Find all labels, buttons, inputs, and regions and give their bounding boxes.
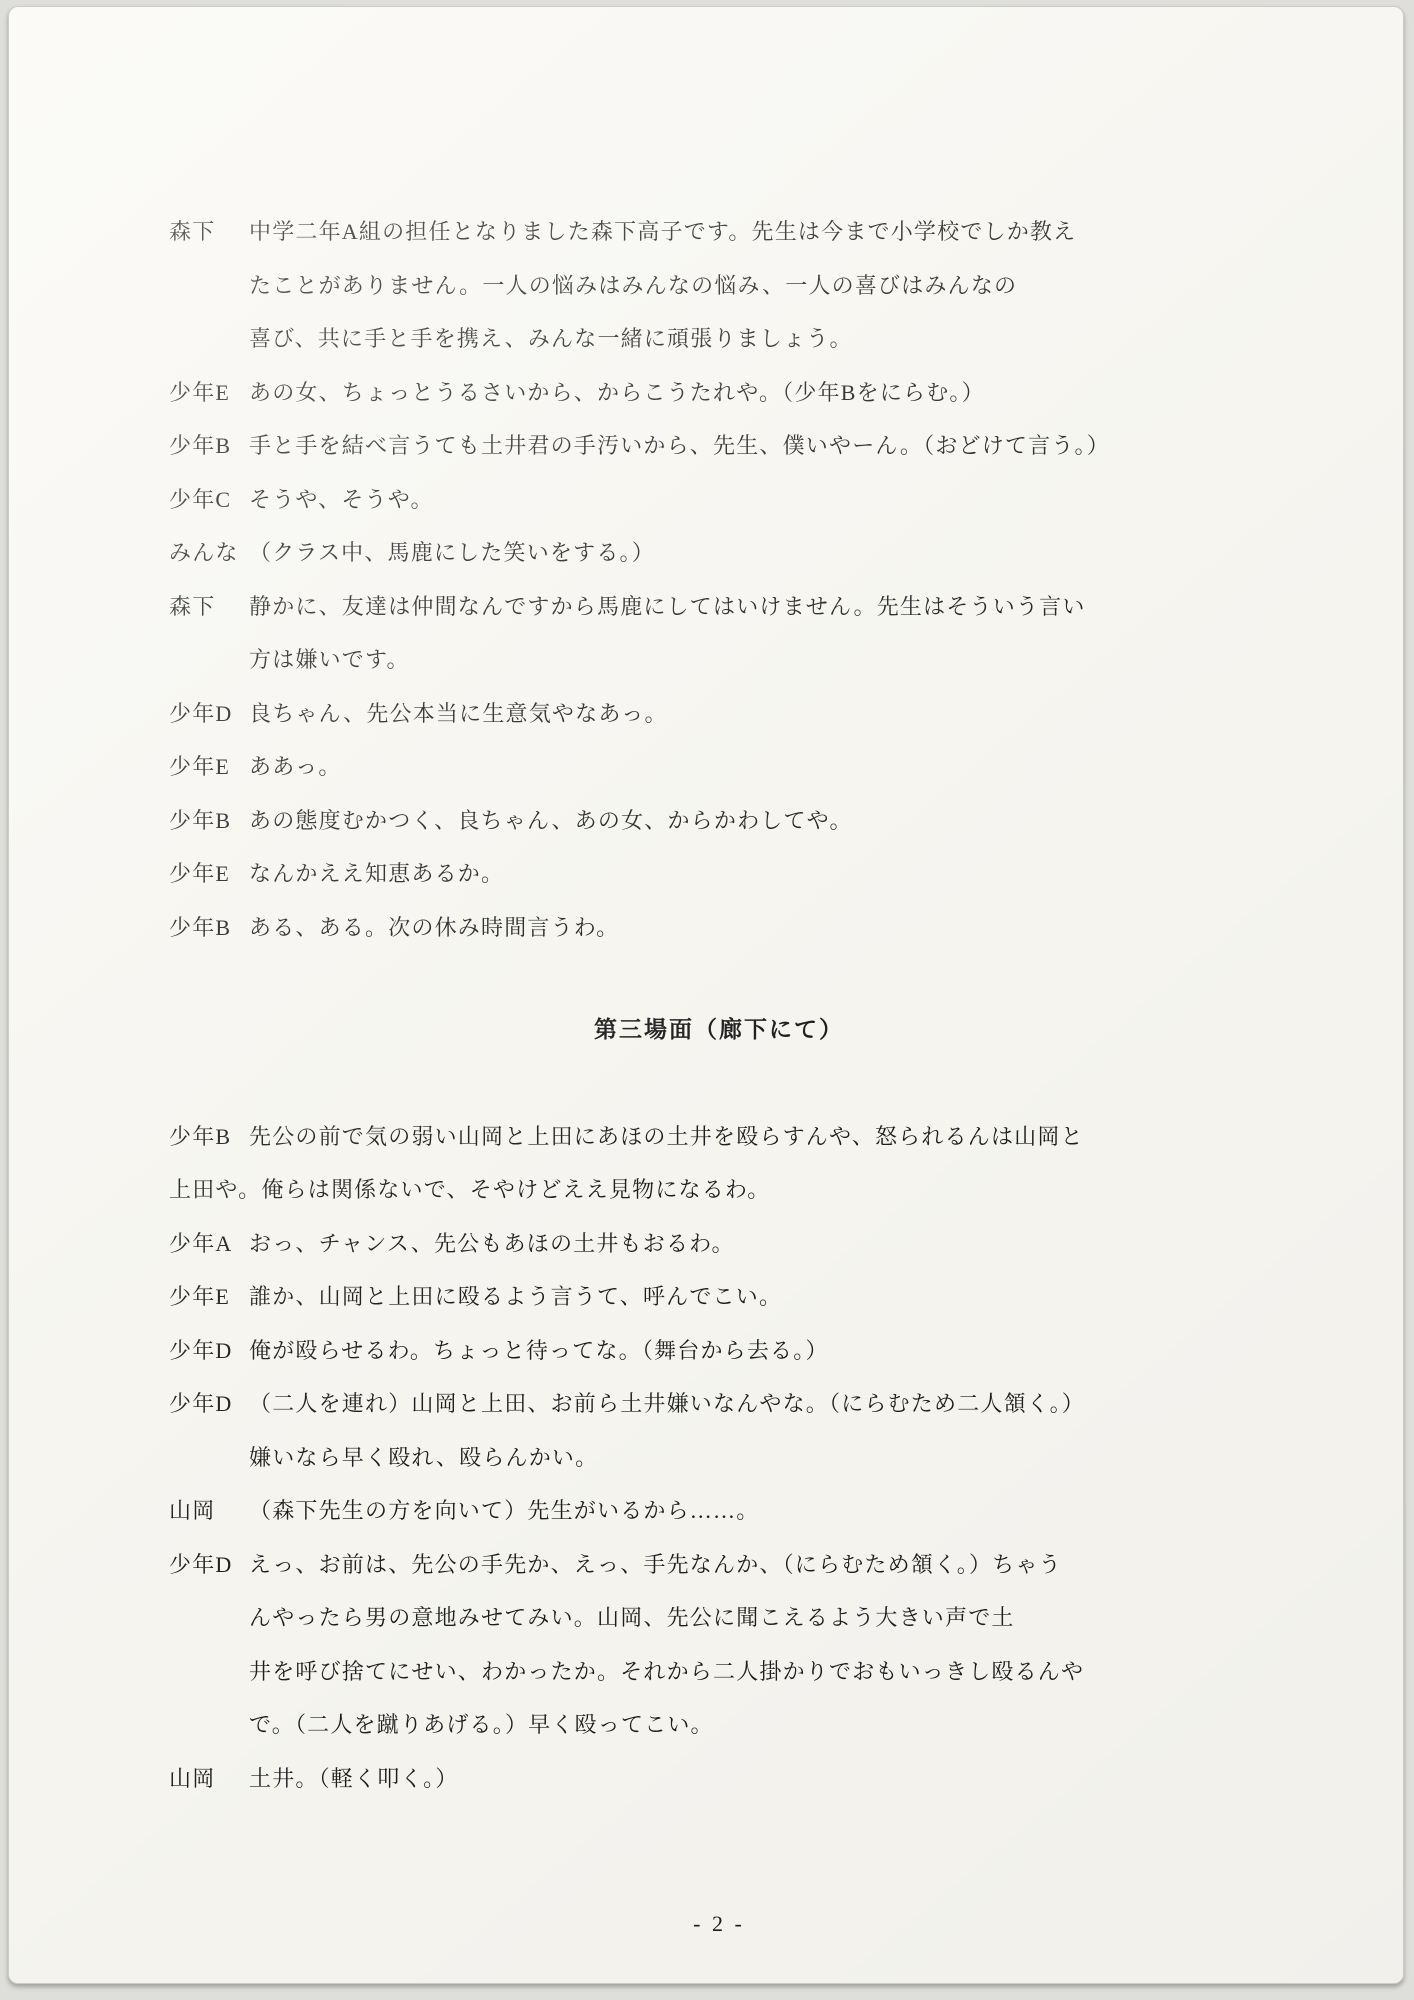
speaker-name: 少年D [169, 1324, 249, 1378]
script-entry: 少年Cそうや、そうや。 [169, 473, 1269, 527]
dialogue-line: 中学二年A組の担任となりました森下高子です。先生は今まで小学校でしか教え [249, 205, 1076, 259]
dialogue-line: あの態度むかつく、良ちゃん、あの女、からかわしてや。 [249, 794, 853, 848]
speaker-name [169, 312, 249, 366]
script-line: 喜び、共に手と手を携え、みんな一緒に頑張りましょう。 [169, 312, 1269, 366]
script-line: 少年Bあの態度むかつく、良ちゃん、あの女、からかわしてや。 [169, 794, 1269, 848]
dialogue-line: 方は嫌いです。 [249, 633, 410, 687]
dialogue-line: 嫌いなら早く殴れ、殴らんかい。 [249, 1431, 598, 1485]
dialogue-line: 上田や。俺らは関係ないで、そやけどええ見物になるわ。 [169, 1163, 770, 1217]
speaker-name: 山岡 [169, 1484, 249, 1538]
speaker-name: 少年C [169, 473, 249, 527]
script-line: 少年Aおっ、チャンス、先公もあほの土井もおるわ。 [169, 1217, 1269, 1271]
script-entry: 少年D（二人を連れ）山岡と上田、お前ら土井嫌いなんやな。（にらむため二人頷く。）… [169, 1377, 1269, 1484]
script-line: 方は嫌いです。 [169, 633, 1269, 687]
script-line: 少年B先公の前で気の弱い山岡と上田にあほの土井を殴らすんや、怒られるんは山岡と [169, 1110, 1269, 1164]
script-line: 山岡（森下先生の方を向いて）先生がいるから……。 [169, 1484, 1269, 1538]
dialogue-line: 手と手を結べ言うても土井君の手汚いから、先生、僕いやーん。（おどけて言う。） [249, 419, 1110, 473]
speaker-name [169, 1645, 249, 1699]
speaker-name: 少年B [169, 794, 249, 848]
dialogue-line: あの女、ちょっとうるさいから、からこうたれや。（少年Bをにらむ。） [249, 366, 985, 420]
page-sheet: 森下中学二年A組の担任となりました森下高子です。先生は今まで小学校でしか教えたこ… [8, 6, 1404, 1984]
script-line: 少年E誰か、山岡と上田に殴るよう言うて、呼んでこい。 [169, 1270, 1269, 1324]
script-line: 少年B手と手を結べ言うても土井君の手汚いから、先生、僕いやーん。（おどけて言う。… [169, 419, 1269, 473]
script-line: 嫌いなら早く殴れ、殴らんかい。 [169, 1431, 1269, 1485]
speaker-name: 少年B [169, 1110, 249, 1164]
dialogue-line: たことがありません。一人の悩みはみんなの悩み、一人の喜びはみんなの [249, 259, 1017, 313]
speaker-name [169, 259, 249, 313]
speaker-name [169, 1591, 249, 1645]
dialogue-line: 井を呼び捨てにせい、わかったか。それから二人掛かりでおもいっきし殴るんや [249, 1645, 1084, 1699]
script-line: 井を呼び捨てにせい、わかったか。それから二人掛かりでおもいっきし殴るんや [169, 1645, 1269, 1699]
dialogue-line: んやったら男の意地みせてみい。山岡、先公に聞こえるよう大きい声で土 [249, 1591, 1015, 1645]
script-entry: 少年D良ちゃん、先公本当に生意気やなあっ。 [169, 687, 1269, 741]
speaker-name: みんな [169, 526, 249, 580]
script-line: みんな（クラス中、馬鹿にした笑いをする。） [169, 526, 1269, 580]
dialogue-line: おっ、チャンス、先公もあほの土井もおるわ。 [249, 1217, 735, 1271]
dialogue-line: ああっ。 [249, 740, 342, 794]
script-entry: みんな（クラス中、馬鹿にした笑いをする。） [169, 526, 1269, 580]
script-entry: 少年D俺が殴らせるわ。ちょっと待ってな。（舞台から去る。） [169, 1324, 1269, 1378]
speaker-name: 森下 [169, 205, 249, 259]
speaker-name: 少年E [169, 1270, 249, 1324]
dialogue-line: 土井。（軽く叩く。） [249, 1752, 459, 1806]
script-entry: 少年E誰か、山岡と上田に殴るよう言うて、呼んでこい。 [169, 1270, 1269, 1324]
dialogue-section-2: 少年B先公の前で気の弱い山岡と上田にあほの土井を殴らすんや、怒られるんは山岡と上… [169, 1110, 1269, 1806]
script-entry: 森下中学二年A組の担任となりました森下高子です。先生は今まで小学校でしか教えたこ… [169, 205, 1269, 366]
speaker-name [169, 1431, 249, 1485]
dialogue-line: 良ちゃん、先公本当に生意気やなあっ。 [249, 687, 668, 741]
script-line: 森下静かに、友達は仲間なんですから馬鹿にしてはいけません。先生はそういう言い [169, 580, 1269, 634]
speaker-name: 山岡 [169, 1752, 249, 1806]
speaker-name: 少年D [169, 1538, 249, 1592]
dialogue-line: ある、ある。次の休み時間言うわ。 [249, 901, 619, 955]
script-entry: 少年B手と手を結べ言うても土井君の手汚いから、先生、僕いやーん。（おどけて言う。… [169, 419, 1269, 473]
dialogue-section-1: 森下中学二年A組の担任となりました森下高子です。先生は今まで小学校でしか教えたこ… [169, 205, 1269, 954]
script-line: 山岡土井。（軽く叩く。） [169, 1752, 1269, 1806]
dialogue-line: なんかええ知恵あるか。 [249, 847, 504, 901]
script-entry: 少年Eああっ。 [169, 740, 1269, 794]
speaker-name: 少年B [169, 419, 249, 473]
script-page: 森下中学二年A組の担任となりました森下高子です。先生は今まで小学校でしか教えたこ… [169, 205, 1269, 1805]
dialogue-line: 静かに、友達は仲間なんですから馬鹿にしてはいけません。先生はそういう言い [249, 580, 1086, 634]
script-line: 少年Dえっ、お前は、先公の手先か、えっ、手先なんか、（にらむため頷く。）ちゃう [169, 1538, 1269, 1592]
script-line: んやったら男の意地みせてみい。山岡、先公に聞こえるよう大きい声で土 [169, 1591, 1269, 1645]
script-entry: 少年Bある、ある。次の休み時間言うわ。 [169, 901, 1269, 955]
dialogue-line: （森下先生の方を向いて）先生がいるから……。 [249, 1484, 759, 1538]
script-entry: 山岡（森下先生の方を向いて）先生がいるから……。 [169, 1484, 1269, 1538]
dialogue-line: 俺が殴らせるわ。ちょっと待ってな。（舞台から去る。） [249, 1324, 829, 1378]
speaker-name: 少年B [169, 901, 249, 955]
script-line: 少年Eああっ。 [169, 740, 1269, 794]
speaker-name: 少年D [169, 687, 249, 741]
script-entry: 森下静かに、友達は仲間なんですから馬鹿にしてはいけません。先生はそういう言い方は… [169, 580, 1269, 687]
script-entry: 少年B先公の前で気の弱い山岡と上田にあほの土井を殴らすんや、怒られるんは山岡と上… [169, 1110, 1269, 1217]
page-number: - 2 - [169, 1911, 1269, 1937]
script-line: 少年D良ちゃん、先公本当に生意気やなあっ。 [169, 687, 1269, 741]
speaker-name [169, 1698, 249, 1752]
script-line: たことがありません。一人の悩みはみんなの悩み、一人の喜びはみんなの [169, 259, 1269, 313]
dialogue-line: えっ、お前は、先公の手先か、えっ、手先なんか、（にらむため頷く。）ちゃう [249, 1538, 1062, 1592]
script-line: 森下中学二年A組の担任となりました森下高子です。先生は今まで小学校でしか教え [169, 205, 1269, 259]
speaker-name: 少年A [169, 1217, 249, 1271]
dialogue-line: 誰か、山岡と上田に殴るよう言うて、呼んでこい。 [249, 1270, 782, 1324]
dialogue-line: 先公の前で気の弱い山岡と上田にあほの土井を殴らすんや、怒られるんは山岡と [249, 1110, 1084, 1164]
speaker-name: 少年E [169, 740, 249, 794]
script-line: 少年Eなんかええ知恵あるか。 [169, 847, 1269, 901]
script-entry: 少年Dえっ、お前は、先公の手先か、えっ、手先なんか、（にらむため頷く。）ちゃうん… [169, 1538, 1269, 1752]
script-entry: 山岡土井。（軽く叩く。） [169, 1752, 1269, 1806]
dialogue-line: そうや、そうや。 [249, 473, 434, 527]
dialogue-line: （クラス中、馬鹿にした笑いをする。） [249, 526, 655, 580]
script-line: 少年D（二人を連れ）山岡と上田、お前ら土井嫌いなんやな。（にらむため二人頷く。） [169, 1377, 1269, 1431]
dialogue-line: で。（二人を蹴りあげる。）早く殴ってこい。 [249, 1698, 714, 1752]
script-entry: 少年Aおっ、チャンス、先公もあほの土井もおるわ。 [169, 1217, 1269, 1271]
speaker-name: 少年D [169, 1377, 249, 1431]
script-line: 上田や。俺らは関係ないで、そやけどええ見物になるわ。 [169, 1163, 1269, 1217]
script-entry: 少年Eあの女、ちょっとうるさいから、からこうたれや。（少年Bをにらむ。） [169, 366, 1269, 420]
script-line: 少年Eあの女、ちょっとうるさいから、からこうたれや。（少年Bをにらむ。） [169, 366, 1269, 420]
speaker-name [169, 633, 249, 687]
speaker-name: 少年E [169, 366, 249, 420]
speaker-name: 森下 [169, 580, 249, 634]
scene-heading: 第三場面（廊下にて） [169, 1003, 1269, 1057]
script-entry: 少年Eなんかええ知恵あるか。 [169, 847, 1269, 901]
script-line: 少年D俺が殴らせるわ。ちょっと待ってな。（舞台から去る。） [169, 1324, 1269, 1378]
speaker-name: 少年E [169, 847, 249, 901]
script-line: 少年Bある、ある。次の休み時間言うわ。 [169, 901, 1269, 955]
script-line: で。（二人を蹴りあげる。）早く殴ってこい。 [169, 1698, 1269, 1752]
script-entry: 少年Bあの態度むかつく、良ちゃん、あの女、からかわしてや。 [169, 794, 1269, 848]
script-line: 少年Cそうや、そうや。 [169, 473, 1269, 527]
dialogue-line: 喜び、共に手と手を携え、みんな一緒に頑張りましょう。 [249, 312, 853, 366]
dialogue-line: （二人を連れ）山岡と上田、お前ら土井嫌いなんやな。（にらむため二人頷く。） [249, 1377, 1085, 1431]
